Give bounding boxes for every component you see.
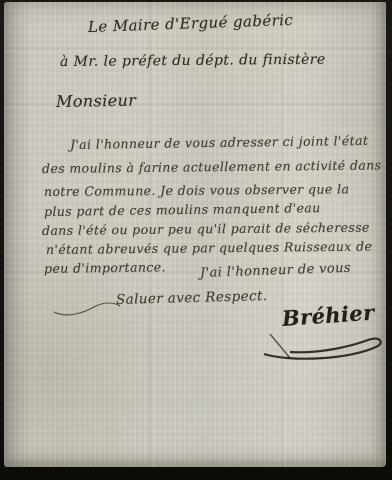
horizontal-fold-crease (4, 400, 386, 406)
signature-flourish (260, 328, 390, 362)
closing-line: J'ai l'honneur de vous (200, 261, 352, 281)
body-line: plus part de ces moulins manquent d'eau (44, 200, 321, 219)
salutation: Monsieur (56, 91, 137, 111)
signature: Bréhier (281, 300, 375, 331)
letter-photo: Le Maire d'Ergué gabéric à Mr. le préfet… (0, 0, 392, 480)
heading-recipient: à Mr. le préfet du dépt. du finistère (60, 52, 326, 70)
heading-sender: Le Maire d'Ergué gabéric (88, 11, 294, 36)
pen-flourish (52, 298, 122, 318)
closing-line: Saluer avec Respect. (116, 288, 268, 308)
body-line: des moulins à farine actuellement en act… (42, 157, 382, 176)
horizontal-fold-crease (4, 46, 386, 52)
body-line: dans l'été ou pour peu qu'il parait de s… (42, 220, 370, 238)
body-line: peu d'importance. (44, 259, 166, 276)
body-line: n'étant abreuvés que par quelques Ruisse… (46, 239, 372, 257)
letter-paper: Le Maire d'Ergué gabéric à Mr. le préfet… (4, 2, 386, 467)
body-line: notre Commune. Je dois vous observer que… (44, 181, 349, 199)
body-line: J'ai l'honneur de vous adresser ci joint… (70, 133, 369, 152)
